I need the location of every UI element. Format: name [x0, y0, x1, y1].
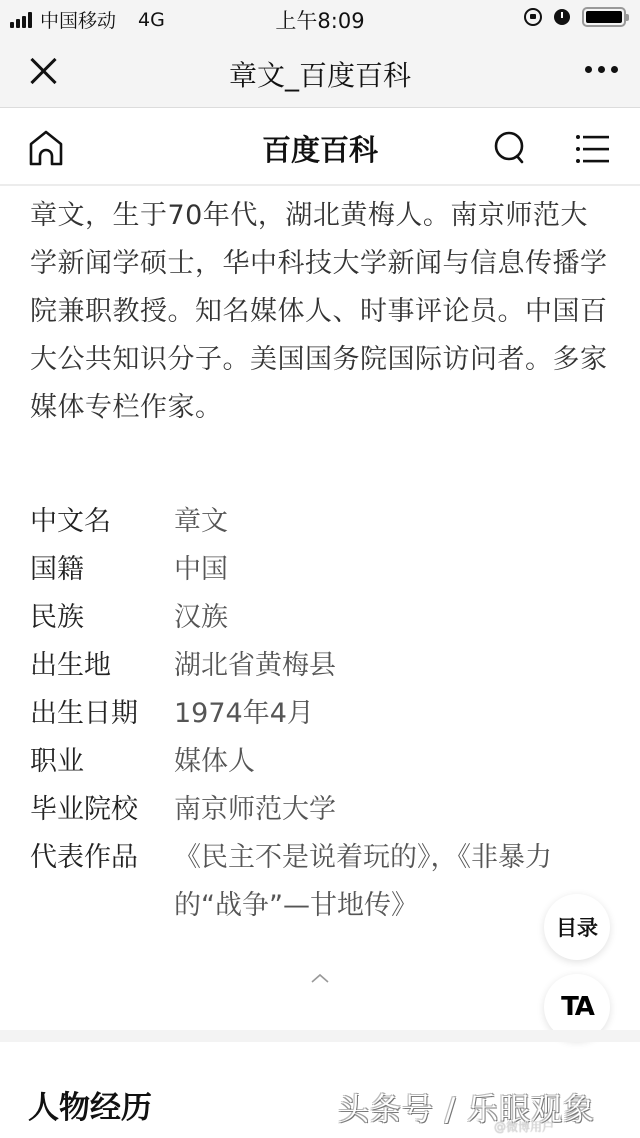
info-value: 媒体人	[174, 738, 610, 786]
info-label: 国籍	[30, 546, 174, 594]
network-type: 4G	[138, 9, 165, 31]
info-row: 出生地湖北省黄梅县	[30, 642, 610, 690]
info-value: 1974年4月	[174, 690, 610, 738]
info-row: 国籍中国	[30, 546, 610, 594]
info-row: 代表作品《民主不是说着玩的》，《非暴力的“战争”—甘地传》	[30, 834, 610, 930]
status-bar: 中国移动 4G 上午8:09	[0, 0, 640, 36]
info-row: 中文名章文	[30, 498, 610, 546]
info-label: 中文名	[30, 498, 174, 546]
search-icon[interactable]	[490, 128, 530, 168]
section-divider	[0, 1030, 640, 1042]
info-row: 毕业院校南京师范大学	[30, 786, 610, 834]
info-row: 民族汉族	[30, 594, 610, 642]
info-row: 出生日期1974年4月	[30, 690, 610, 738]
battery-icon	[582, 7, 626, 27]
basic-info-table: 中文名章文 国籍中国 民族汉族 出生地湖北省黄梅县 出生日期1974年4月 职业…	[30, 498, 610, 930]
home-icon[interactable]	[26, 128, 66, 168]
watermark-text: 头条号 / 乐眼观象	[338, 1084, 595, 1129]
info-row: 职业媒体人	[30, 738, 610, 786]
info-label: 职业	[30, 738, 174, 786]
info-value: 《民主不是说着玩的》，《非暴力的“战争”—甘地传》	[174, 834, 610, 930]
site-logo-title: 百度百科	[0, 128, 640, 169]
page-title: 章文_百度百科	[0, 54, 640, 94]
info-label: 民族	[30, 594, 174, 642]
info-value: 中国	[174, 546, 610, 594]
info-value: 章文	[174, 498, 610, 546]
signal-icon	[10, 12, 32, 28]
alarm-icon	[554, 9, 570, 25]
rotation-lock-icon	[524, 8, 542, 26]
section-heading: 人物经历	[28, 1082, 152, 1127]
info-value: 湖北省黄梅县	[174, 642, 610, 690]
table-of-contents-button[interactable]: 目录	[544, 894, 610, 960]
watermark-sub: @微博用户	[494, 1118, 554, 1135]
carrier-name: 中国移动	[40, 6, 116, 33]
info-label: 出生地	[30, 642, 174, 690]
site-header: 百度百科	[0, 108, 640, 186]
intro-summary: 章文，生于70年代，湖北黄梅人。南京师范大学新闻学硕士，华中科技大学新闻与信息传…	[30, 192, 610, 432]
list-menu-icon[interactable]	[572, 130, 612, 168]
info-label: 出生日期	[30, 690, 174, 738]
info-value: 南京师范大学	[174, 786, 610, 834]
collapse-chevron-up-icon[interactable]	[308, 970, 332, 984]
info-label: 毕业院校	[30, 786, 174, 834]
more-icon[interactable]	[585, 66, 618, 73]
info-label: 代表作品	[30, 834, 174, 930]
webview-nav-bar: 章文_百度百科	[0, 36, 640, 108]
info-value: 汉族	[174, 594, 610, 642]
